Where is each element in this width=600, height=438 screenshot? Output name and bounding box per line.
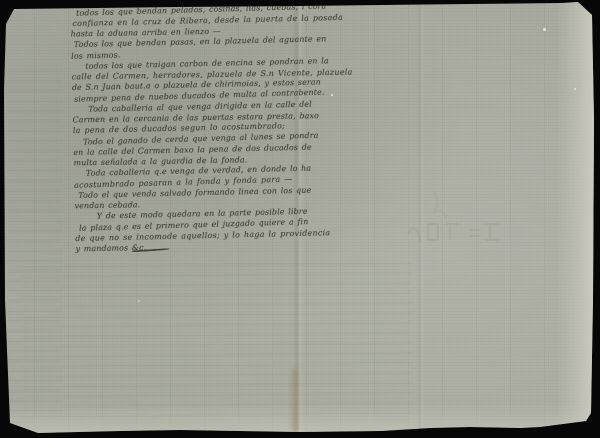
verso-show-through — [21, 254, 413, 426]
manuscript-text-block: todos los que bendan pelados, cosinas, l… — [70, 2, 325, 253]
paper-fleck — [138, 300, 140, 302]
verso-show-through-left-margin — [8, 62, 62, 420]
watermark — [398, 190, 538, 260]
paper-sheet: todos los que bendan pelados, cosinas, l… — [0, 0, 600, 438]
scanned-manuscript-page: { "colors": { "scan_background": "#07070… — [0, 0, 600, 438]
paper-fleck — [331, 94, 333, 96]
paper-fleck — [574, 88, 576, 90]
paper-fleck — [543, 28, 546, 31]
fold-crease-stain — [291, 368, 298, 432]
handwriting-lines: todos los que bendan pelados, cosinas, l… — [70, 2, 326, 255]
